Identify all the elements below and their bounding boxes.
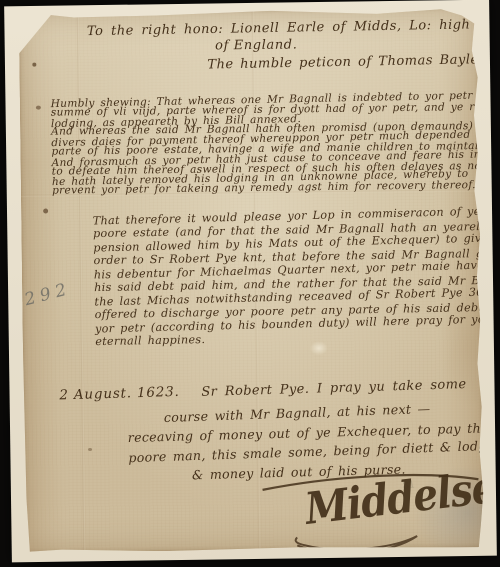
- signature-block: Middelsex: [256, 455, 487, 563]
- petition-heading: The humble peticon of Thomas Bayley: [207, 52, 486, 72]
- archival-folio-number: 292: [22, 279, 73, 310]
- treasurer-order-opening: Sr Robert Pye. I pray yu take some: [201, 377, 467, 400]
- handwriting-line: prevent yor petr for takeing any remedy …: [52, 181, 478, 196]
- foxing-speck: [32, 63, 36, 67]
- fold-crease: [77, 12, 86, 552]
- date-annotation: 2 August. 1623.: [59, 384, 180, 404]
- address-line: To the right hono: Lionell Earle of Midd…: [87, 17, 500, 40]
- manuscript-page: To the right hono: Lionell Earle of Midd…: [19, 7, 485, 553]
- address-line: of England.: [215, 37, 297, 53]
- foxing-speck: [88, 448, 92, 451]
- foxing-speck: [43, 208, 48, 213]
- foxing-speck: [36, 106, 41, 110]
- petition-body: Humbly shewing: That whereas one Mr Bagn…: [51, 92, 478, 197]
- scanned-manuscript: To the right hono: Lionell Earle of Midd…: [0, 0, 500, 567]
- petition-prayer: That therefore it would please yor Lop i…: [93, 205, 496, 348]
